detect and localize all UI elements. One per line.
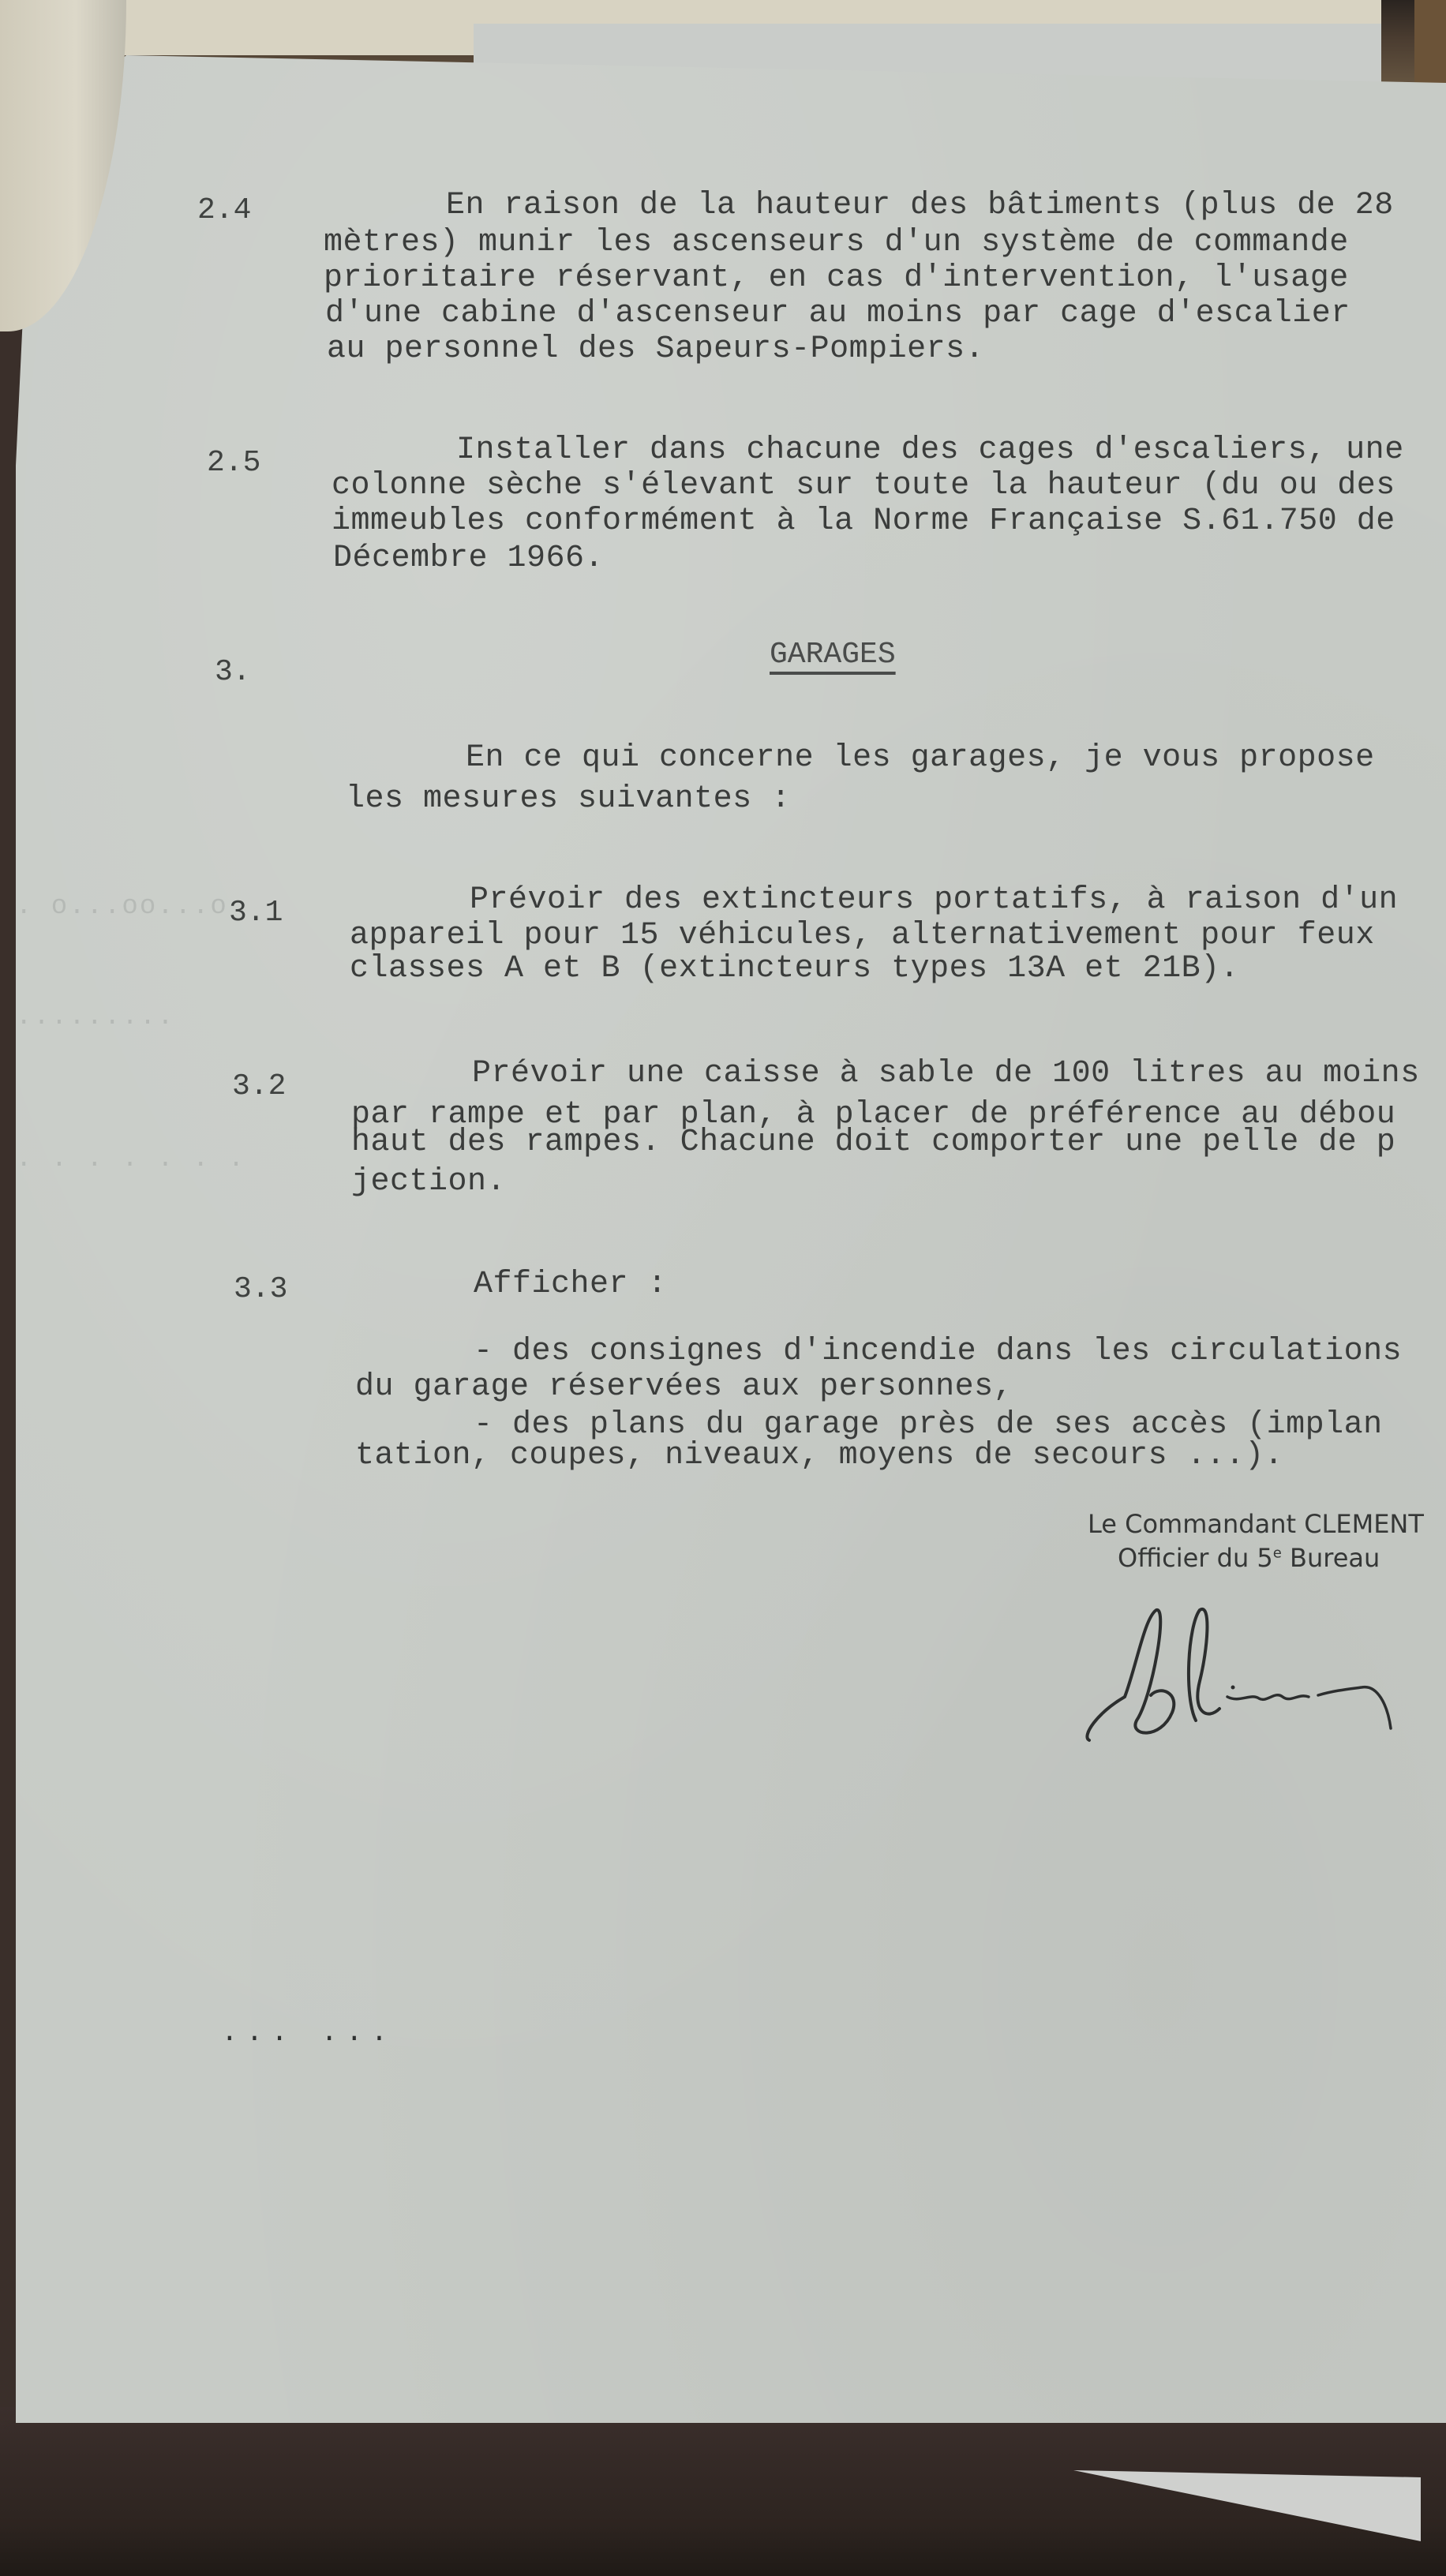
- section-number: 2.4: [197, 193, 251, 227]
- section-text-line: les mesures suivantes :: [346, 781, 791, 817]
- section-text-line: En raison de la hauteur des bâtiments (p…: [446, 188, 1394, 223]
- document-page: . o...oo...o ......... . . . . . . .: [16, 55, 1446, 2454]
- bullet-text-line: - des consignes d'incendie dans les circ…: [474, 1334, 1402, 1369]
- section-text-line: mètres) munir les ascenseurs d'un systèm…: [324, 225, 1349, 260]
- show-through-text: . . . . . . .: [16, 1144, 245, 1174]
- signatory-title: Officier du 5e Bureau: [1118, 1543, 1380, 1573]
- show-through-text: .........: [16, 1002, 175, 1032]
- section-text-line: Prévoir des extincteurs portatifs, à rai…: [470, 882, 1398, 918]
- section-text-line: appareil pour 15 véhicules, alternativem…: [350, 918, 1375, 953]
- section-number: 3.2: [232, 1069, 286, 1103]
- section-text-line: immeubles conformément à la Norme França…: [332, 504, 1395, 539]
- bullet-text-line: tation, coupes, niveaux, moyens de secou…: [355, 1438, 1283, 1473]
- signatory-name: Le Commandant CLEMENT: [1088, 1509, 1424, 1539]
- section-text-line: Installer dans chacune des cages d'escal…: [456, 432, 1404, 468]
- handwritten-signature: [1081, 1602, 1413, 1760]
- section-text-line: colonne sèche s'élevant sur toute la hau…: [332, 468, 1395, 504]
- section-number: 2.5: [207, 446, 260, 480]
- ellipsis-marks: ... ...: [221, 2016, 395, 2049]
- section-number: 3.3: [234, 1272, 287, 1306]
- desk-edge-right: [1414, 0, 1446, 87]
- show-through-text: . o...oo...o: [16, 892, 228, 922]
- section-number: 3.1: [229, 896, 283, 930]
- section-text-line: jection.: [351, 1164, 506, 1200]
- section-text-line: classes A et B (extincteurs types 13A et…: [350, 951, 1239, 987]
- section-number: 3.: [215, 655, 251, 689]
- section-text-line: prioritaire réservant, en cas d'interven…: [324, 260, 1349, 296]
- section-text-line: Décembre 1966.: [333, 541, 604, 576]
- section-text-line: d'une cabine d'ascenseur au moins par ca…: [325, 296, 1350, 331]
- section-heading: GARAGES: [770, 638, 896, 672]
- section-text-line: au personnel des Sapeurs-Pompiers.: [327, 331, 984, 367]
- section-text-line: Afficher :: [474, 1267, 667, 1302]
- section-text-line: En ce qui concerne les garages, je vous …: [466, 740, 1375, 776]
- section-text-line: haut des rampes. Chacune doit comporter …: [351, 1125, 1395, 1160]
- section-text-line: Prévoir une caisse à sable de 100 litres…: [472, 1056, 1420, 1091]
- bullet-text-line: du garage réservées aux personnes,: [355, 1369, 1013, 1405]
